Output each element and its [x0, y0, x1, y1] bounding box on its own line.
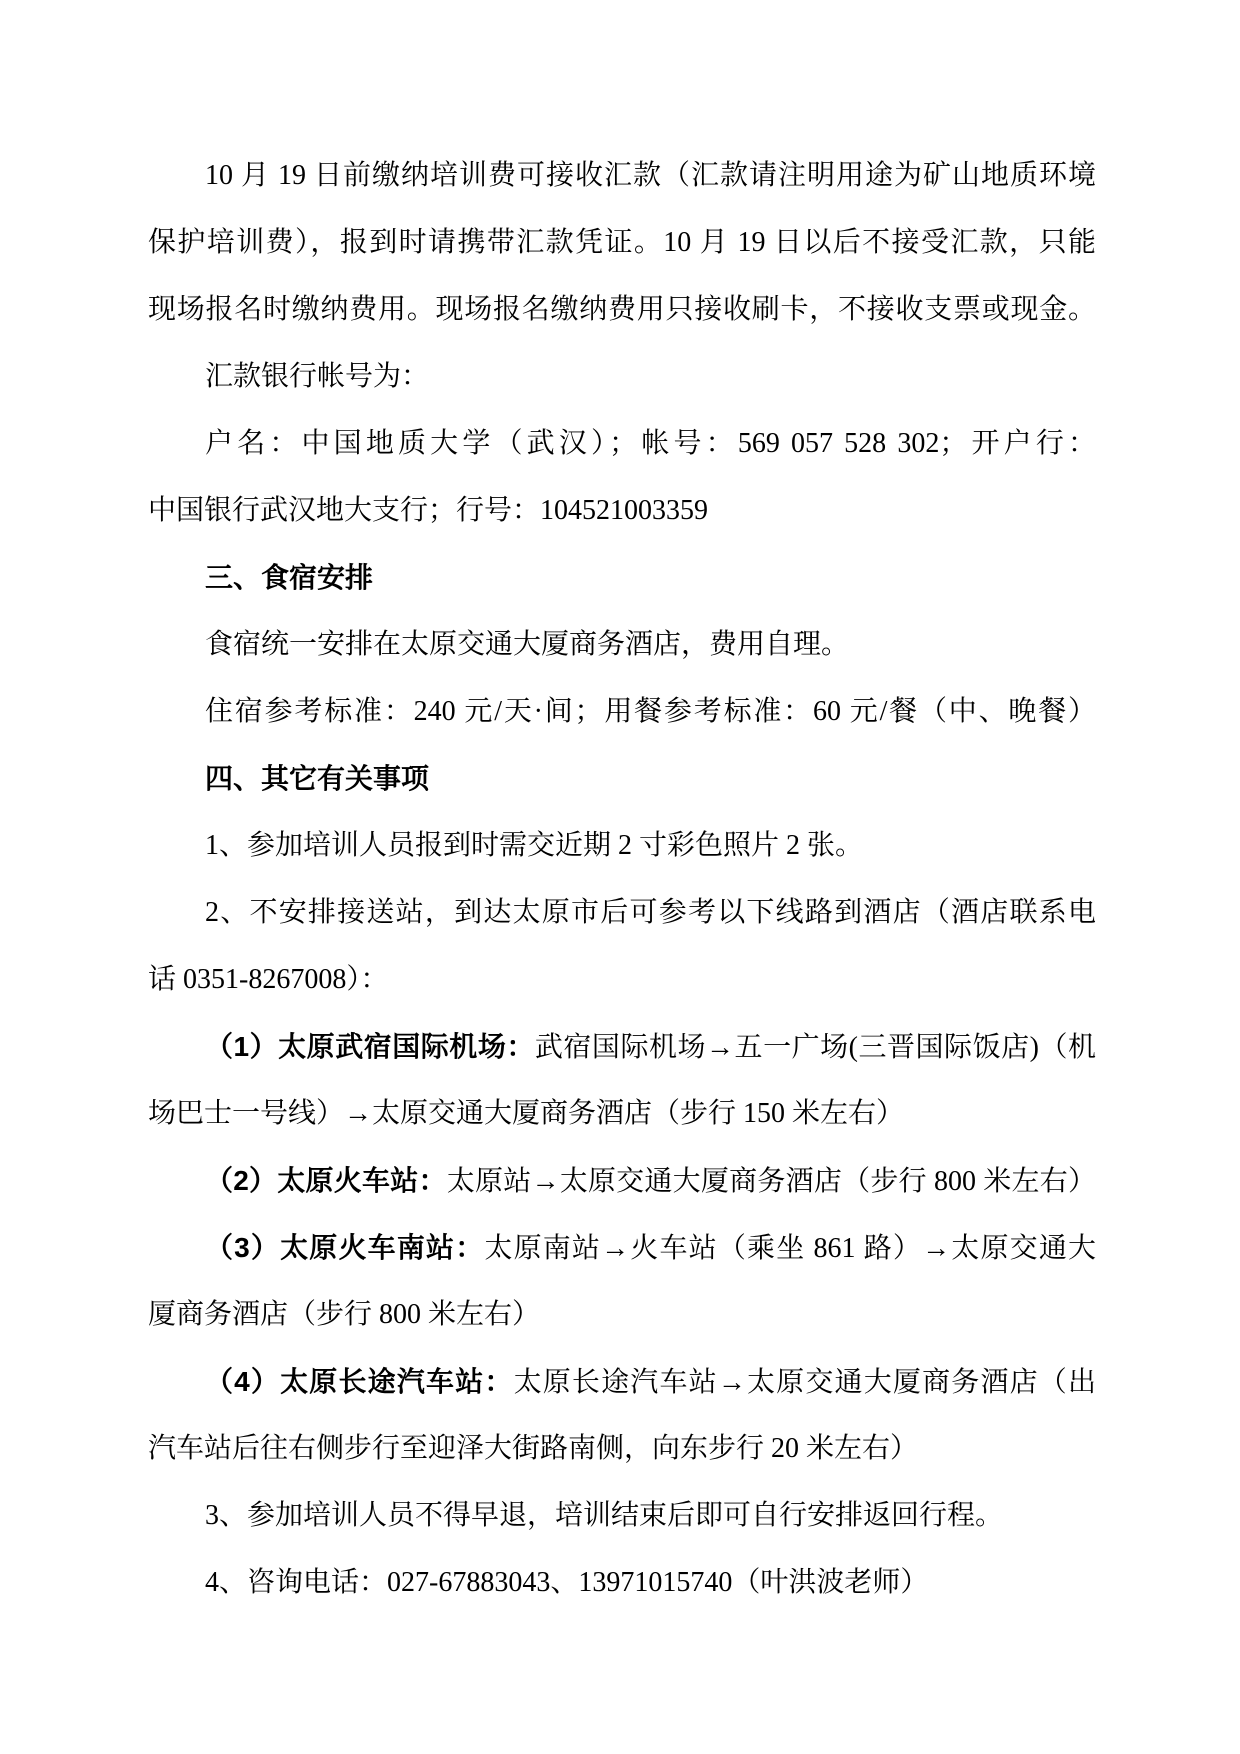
line-route-south-station-part-1: （3）太原火车南站：太原南站→火车站（乘坐 861 路）→太原交通大 — [148, 1214, 1096, 1281]
text-run: 保护培训费），报到时请携带汇款凭证。10 月 19 日以后不接受汇款，只能 — [148, 227, 1096, 258]
text-run: 现场报名时缴纳费用。现场报名缴纳费用只接收刷卡，不接收支票或现金。 — [148, 294, 1096, 325]
line-route-airport-part-2: 场巴士一号线）→太原交通大厦商务酒店（步行 150 米左右） — [148, 1080, 1096, 1147]
text-run: 中国银行武汉地大支行；行号：104521003359 — [148, 495, 708, 526]
text-run: 食宿统一安排在太原交通大厦商务酒店，费用自理。 — [205, 629, 849, 660]
line-item-3: 3、参加培训人员不得早退，培训结束后即可自行安排返回行程。 — [148, 1482, 1096, 1549]
bold-text-run: （4）太原长途汽车站： — [205, 1366, 514, 1397]
line-bank-account-details-2: 中国银行武汉地大支行；行号：104521003359 — [148, 477, 1096, 544]
line-item-2-part-2: 话 0351-8267008）： — [148, 946, 1096, 1013]
bold-text-run: 四、其它有关事项 — [205, 763, 429, 794]
text-run: 汽车站后往右侧步行至迎泽大街路南侧，向东步行 20 米左右） — [148, 1433, 918, 1464]
line-route-bus-station-part-1: （4）太原长途汽车站：太原长途汽车站→太原交通大厦商务酒店（出 — [148, 1348, 1096, 1415]
text-run: 2、不安排接送站，到达太原市后可参考以下线路到酒店（酒店联系电 — [205, 897, 1096, 928]
text-run: 话 0351-8267008）： — [148, 964, 388, 995]
text-run: 太原长途汽车站→太原交通大厦商务酒店（出 — [514, 1367, 1096, 1398]
line-item-1: 1、参加培训人员报到时需交近期 2 寸彩色照片 2 张。 — [148, 812, 1096, 879]
text-run: 厦商务酒店（步行 800 米左右） — [148, 1299, 540, 1330]
line-accommodation: 食宿统一安排在太原交通大厦商务酒店，费用自理。 — [148, 611, 1096, 678]
text-run: 3、参加培训人员不得早退，培训结束后即可自行安排返回行程。 — [205, 1500, 1003, 1531]
text-run: 1、参加培训人员报到时需交近期 2 寸彩色照片 2 张。 — [205, 830, 863, 861]
line-item-2-part-1: 2、不安排接送站，到达太原市后可参考以下线路到酒店（酒店联系电 — [148, 879, 1096, 946]
heading-section-3: 三、食宿安排 — [148, 544, 1096, 611]
document-body: 10 月 19 日前缴纳培训费可接收汇款（汇款请注明用途为矿山地质环境保护培训费… — [148, 142, 1096, 1616]
bold-text-run: （1）太原武宿国际机场： — [205, 1031, 535, 1062]
line-rates: 住宿参考标准：240 元/天·间；用餐参考标准：60 元/餐（中、晚餐） — [148, 678, 1096, 745]
text-run: 太原站→太原交通大厦商务酒店（步行 800 米左右） — [447, 1166, 1096, 1197]
document-page: 10 月 19 日前缴纳培训费可接收汇款（汇款请注明用途为矿山地质环境保护培训费… — [0, 0, 1240, 1754]
paragraph-payment-line-3: 现场报名时缴纳费用。现场报名缴纳费用只接收刷卡，不接收支票或现金。 — [148, 276, 1096, 343]
text-run: 户名：中国地质大学（武汉）；帐号：569 057 528 302；开户行： — [205, 428, 1096, 459]
text-run: 武宿国际机场→五一广场(三晋国际饭店)（机 — [535, 1032, 1096, 1063]
bold-text-run: 三、食宿安排 — [205, 562, 373, 593]
text-run: 太原南站→火车站（乘坐 861 路）→太原交通大 — [484, 1233, 1096, 1264]
line-route-airport-part-1: （1）太原武宿国际机场：武宿国际机场→五一广场(三晋国际饭店)（机 — [148, 1013, 1096, 1080]
line-bank-account-details-1: 户名：中国地质大学（武汉）；帐号：569 057 528 302；开户行： — [148, 410, 1096, 477]
line-item-4: 4、咨询电话：027-67883043、13971015740（叶洪波老师） — [148, 1549, 1096, 1616]
bold-text-run: （2）太原火车站： — [205, 1165, 447, 1196]
text-run: 4、咨询电话：027-67883043、13971015740（叶洪波老师） — [205, 1567, 928, 1598]
line-route-railway-station: （2）太原火车站：太原站→太原交通大厦商务酒店（步行 800 米左右） — [148, 1147, 1096, 1214]
paragraph-payment-line-1: 10 月 19 日前缴纳培训费可接收汇款（汇款请注明用途为矿山地质环境 — [148, 142, 1096, 209]
text-run: 10 月 19 日前缴纳培训费可接收汇款（汇款请注明用途为矿山地质环境 — [205, 160, 1096, 191]
line-route-south-station-part-2: 厦商务酒店（步行 800 米左右） — [148, 1281, 1096, 1348]
heading-section-4: 四、其它有关事项 — [148, 745, 1096, 812]
line-bank-account-intro: 汇款银行帐号为： — [148, 343, 1096, 410]
line-route-bus-station-part-2: 汽车站后往右侧步行至迎泽大街路南侧，向东步行 20 米左右） — [148, 1415, 1096, 1482]
bold-text-run: （3）太原火车南站： — [205, 1232, 484, 1263]
text-run: 住宿参考标准：240 元/天·间；用餐参考标准：60 元/餐（中、晚餐） — [205, 696, 1096, 727]
paragraph-payment-line-2: 保护培训费），报到时请携带汇款凭证。10 月 19 日以后不接受汇款，只能 — [148, 209, 1096, 276]
text-run: 汇款银行帐号为： — [205, 361, 429, 392]
text-run: 场巴士一号线）→太原交通大厦商务酒店（步行 150 米左右） — [148, 1098, 904, 1129]
